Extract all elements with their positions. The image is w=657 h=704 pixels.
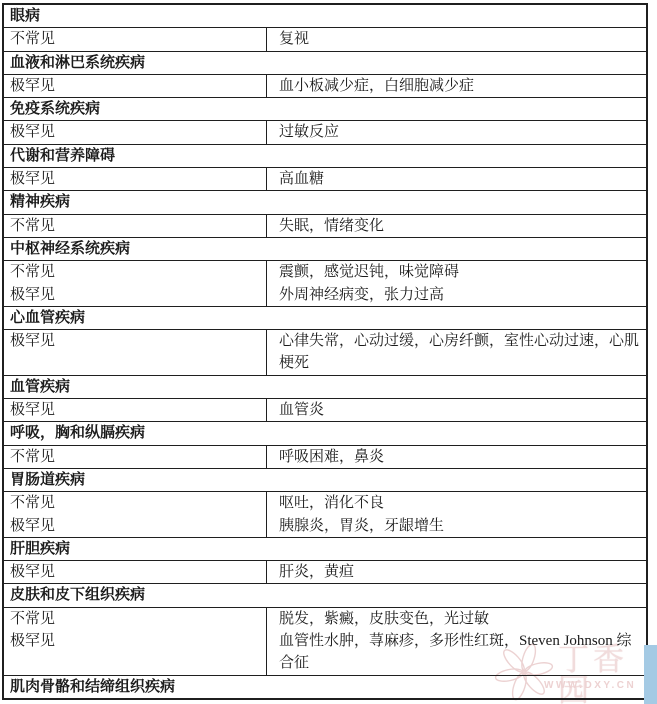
frequency-text: 极罕见 [10,75,260,97]
table-row: 极罕见 过敏反应 [4,120,646,143]
section-header: 心血管疾病 [4,306,646,329]
frequency-cell: 不常见 [4,446,267,468]
reactions-text: 复视 [279,28,642,50]
table-row: 不常见 极罕见 脱发，紫癜，皮肤变色，光过敏 血管性水肿，荨麻疹，多形性红斑，S… [4,607,646,675]
reactions-cell: 震颤，感觉迟钝，味觉障碍 外周神经病变，张力过高 [267,261,646,306]
frequency-text: 不常见 [10,492,260,514]
reactions-cell: 过敏反应 [267,121,646,143]
frequency-text: 极罕见 [10,330,260,352]
section-header: 肝胆疾病 [4,537,646,560]
table-row: 极罕见 心律失常，心动过缓，心房纤颤，室性心动过速，心肌梗死 [4,329,646,375]
reactions-text: 呕吐，消化不良 [279,492,642,514]
frequency-cell: 极罕见 [4,75,267,97]
reactions-cell: 呕吐，消化不良 胰腺炎，胃炎，牙龈增生 [267,492,646,537]
section-header: 血液和淋巴系统疾病 [4,51,646,74]
table-row: 不常见 复视 [4,27,646,50]
section-header: 代谢和营养障碍 [4,144,646,167]
reactions-text: 心律失常，心动过缓，心房纤颤，室性心动过速，心肌梗死 [279,330,642,375]
reactions-text: 血管炎 [279,399,642,421]
section-blood-lymphatic: 血液和淋巴系统疾病 极罕见 血小板减少症，白细胞减少症 [4,51,646,98]
section-header: 免疫系统疾病 [4,97,646,120]
section-header: 胃肠道疾病 [4,468,646,491]
section-eye: 眼病 不常见 复视 [4,5,646,51]
frequency-cell: 极罕见 [4,330,267,375]
frequency-text: 极罕见 [10,515,260,537]
table-row: 不常见 极罕见 呕吐，消化不良 胰腺炎，胃炎，牙龈增生 [4,491,646,537]
scrollbar-fragment [644,645,657,704]
table-row: 极罕见 肝炎，黄疸 [4,560,646,583]
reactions-text: 脱发，紫癜，皮肤变色，光过敏 [279,608,642,630]
section-metabolism-nutrition: 代谢和营养障碍 极罕见 高血糖 [4,144,646,191]
section-header: 中枢神经系统疾病 [4,237,646,260]
table-row: 极罕见 高血糖 [4,167,646,190]
section-cardiovascular: 心血管疾病 极罕见 心律失常，心动过缓，心房纤颤，室性心动过速，心肌梗死 [4,306,646,375]
section-respiratory: 呼吸，胸和纵膈疾病 不常见 呼吸困难，鼻炎 [4,421,646,468]
frequency-text: 极罕见 [10,630,260,652]
table-row: 不常见 呼吸困难，鼻炎 [4,445,646,468]
section-hepatobiliary: 肝胆疾病 极罕见 肝炎，黄疸 [4,537,646,584]
frequency-cell: 极罕见 [4,121,267,143]
reactions-text: 胰腺炎，胃炎，牙龈增生 [279,515,642,537]
reactions-text: 血管性水肿，荨麻疹，多形性红斑，Steven Johnson 综合征 [279,630,642,675]
frequency-text: 极罕见 [10,121,260,143]
frequency-cell: 不常见 [4,28,267,50]
frequency-text: 极罕见 [10,168,260,190]
frequency-text: 极罕见 [10,284,260,306]
frequency-cell: 极罕见 [4,561,267,583]
table-row: 极罕见 血小板减少症，白细胞减少症 [4,74,646,97]
table-row: 不常见 失眠，情绪变化 [4,214,646,237]
reactions-text: 震颤，感觉迟钝，味觉障碍 [279,261,642,283]
section-gastrointestinal: 胃肠道疾病 不常见 极罕见 呕吐，消化不良 胰腺炎，胃炎，牙龈增生 [4,468,646,537]
section-musculoskeletal: 肌肉骨骼和结缔组织疾病 [4,675,646,698]
frequency-cell: 不常见 [4,215,267,237]
section-header: 精神疾病 [4,190,646,213]
section-header: 眼病 [4,5,646,27]
frequency-text: 不常见 [10,261,260,283]
frequency-cell: 不常见 极罕见 [4,608,267,675]
reactions-cell: 复视 [267,28,646,50]
reactions-cell: 心律失常，心动过缓，心房纤颤，室性心动过速，心肌梗死 [267,330,646,375]
reactions-cell: 血小板减少症，白细胞减少症 [267,75,646,97]
section-skin-subcutaneous: 皮肤和皮下组织疾病 不常见 极罕见 脱发，紫癜，皮肤变色，光过敏 血管性水肿，荨… [4,583,646,674]
frequency-cell: 极罕见 [4,399,267,421]
section-central-nervous: 中枢神经系统疾病 不常见 极罕见 震颤，感觉迟钝，味觉障碍 外周神经病变，张力过… [4,237,646,306]
reactions-cell: 高血糖 [267,168,646,190]
reactions-text: 肝炎，黄疸 [279,561,642,583]
reactions-text: 高血糖 [279,168,642,190]
section-vascular: 血管疾病 极罕见 血管炎 [4,375,646,422]
table-row: 极罕见 血管炎 [4,398,646,421]
reactions-text: 过敏反应 [279,121,642,143]
frequency-cell: 极罕见 [4,168,267,190]
table-row: 不常见 极罕见 震颤，感觉迟钝，味觉障碍 外周神经病变，张力过高 [4,260,646,306]
reactions-cell: 呼吸困难，鼻炎 [267,446,646,468]
adverse-reactions-table: 眼病 不常见 复视 血液和淋巴系统疾病 极罕见 血小板减少症，白细胞减少症 [2,3,648,700]
section-immune: 免疫系统疾病 极罕见 过敏反应 [4,97,646,144]
frequency-text: 不常见 [10,215,260,237]
frequency-text: 不常见 [10,28,260,50]
reactions-cell: 失眠，情绪变化 [267,215,646,237]
reactions-text: 失眠，情绪变化 [279,215,642,237]
section-header: 皮肤和皮下组织疾病 [4,583,646,606]
reactions-text: 外周神经病变，张力过高 [279,284,642,306]
section-header: 血管疾病 [4,375,646,398]
frequency-cell: 不常见 极罕见 [4,261,267,306]
section-header: 呼吸，胸和纵膈疾病 [4,421,646,444]
frequency-text: 极罕见 [10,561,260,583]
frequency-text: 不常见 [10,608,260,630]
frequency-text: 极罕见 [10,399,260,421]
document-page: 眼病 不常见 复视 血液和淋巴系统疾病 极罕见 血小板减少症，白细胞减少症 [0,0,657,704]
reactions-cell: 肝炎，黄疸 [267,561,646,583]
reactions-text: 血小板减少症，白细胞减少症 [279,75,642,97]
frequency-text: 不常见 [10,446,260,468]
section-header: 肌肉骨骼和结缔组织疾病 [4,675,646,698]
reactions-cell: 脱发，紫癜，皮肤变色，光过敏 血管性水肿，荨麻疹，多形性红斑，Steven Jo… [267,608,646,675]
section-psychiatric: 精神疾病 不常见 失眠，情绪变化 [4,190,646,237]
frequency-cell: 不常见 极罕见 [4,492,267,537]
reactions-cell: 血管炎 [267,399,646,421]
reactions-text: 呼吸困难，鼻炎 [279,446,642,468]
